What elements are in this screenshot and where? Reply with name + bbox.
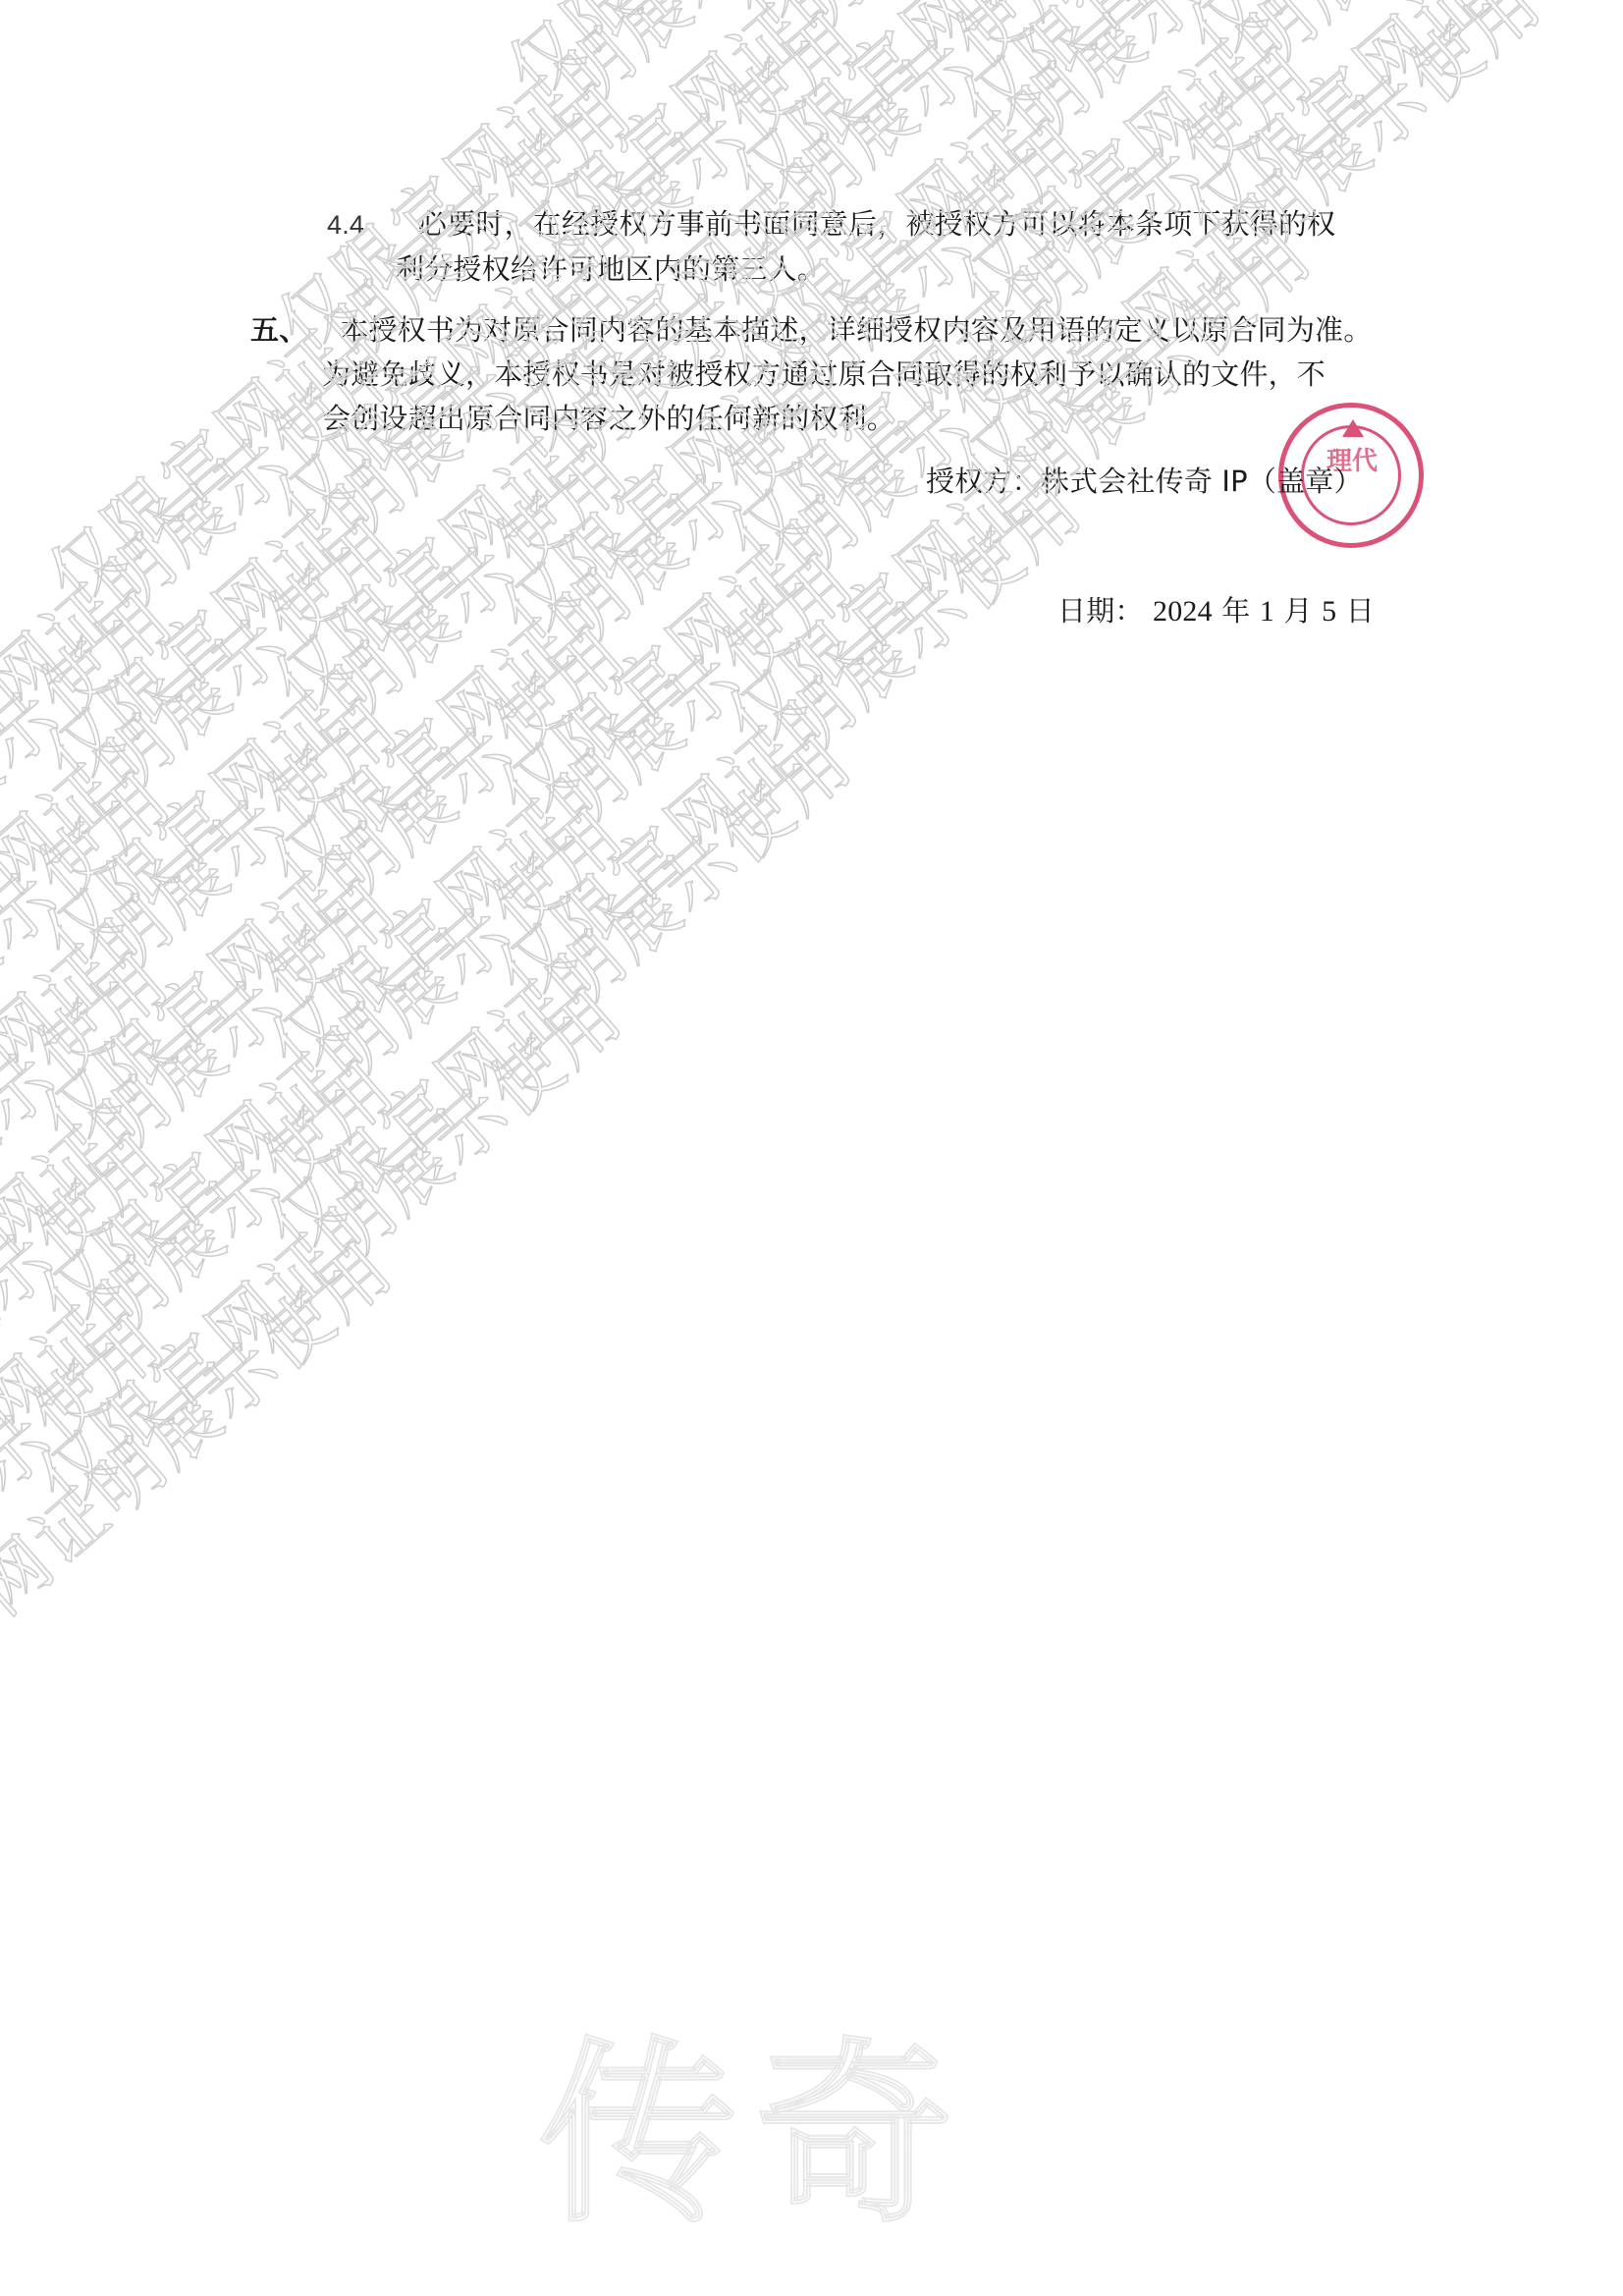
watermark-text: 仅限官网证明展示使用 — [243, 525, 874, 1092]
clause-number: 4.4 — [327, 210, 364, 240]
section-5-line-2: 为避免歧义，本授权书是对被授权方通过原合同取得的权利予以确认的文件，不 — [322, 355, 1325, 394]
watermark-text: 仅限官网证明展示使用 — [0, 1285, 185, 1852]
date-line: 日期： 2024 年 1 月 5 日 — [1057, 591, 1375, 631]
date-label: 日期： — [1057, 594, 1144, 628]
watermark-text: 仅限官网证明展示使用 — [0, 924, 189, 1491]
watermark-text: 仅限官网证明展示使用 — [242, 706, 872, 1273]
watermark-text: 仅限官网证明展示使用 — [931, 0, 1561, 513]
watermark-text: 仅限官网证明展示使用 — [0, 309, 422, 876]
document-page: 4.4 必要时，在经授权方事前书面同意后，被授权方可以将本条项下获得的权 利分授… — [0, 0, 1623, 2296]
watermark-text: 仅限官网证明展示使用 — [709, 0, 1339, 43]
signatory-label: 授权方： — [926, 465, 1041, 498]
watermark-text: 仅限官网证明展示使用 — [0, 490, 420, 1057]
watermark-text: 仅限官网证明展示使用 — [0, 1032, 414, 1599]
date-year: 2024 — [1153, 595, 1213, 628]
watermark-text: 仅限官网证明展示使用 — [933, 0, 1563, 332]
legend-logo-mark: 传奇 — [540, 2023, 982, 2249]
section-text: 会创设超出原合同内容之外的任何新的权利。 — [322, 402, 895, 435]
watermark-text: 仅限官网证明展示使用 — [1163, 0, 1623, 79]
watermark-text: 仅限官网证明展示使用 — [0, 563, 192, 1129]
date-year-unit: 年 — [1221, 594, 1250, 628]
watermark-text: 仅限官网证明展示使用 — [471, 453, 1102, 1019]
signatory-company: 株式会社传奇 IP — [1041, 465, 1248, 498]
watermark-text: 仅限官网证明展示使用 — [1390, 0, 1623, 6]
watermark-text: 仅限官网证明展示使用 — [18, 417, 648, 984]
clause-4-4-line-2: 利分授权给许可地区内的第三人。 — [396, 249, 826, 289]
watermark-text: 仅限官网证明展示使用 — [0, 1213, 412, 1779]
date-month: 1 — [1260, 595, 1274, 628]
watermark-text: 仅限官网证明展示使用 — [0, 671, 418, 1237]
watermark-text: 仅限官网证明展示使用 — [707, 0, 1337, 224]
section-text: 为避免歧义，本授权书是对被授权方通过原合同取得的权利予以确认的文件，不 — [322, 357, 1325, 391]
watermark-text: 仅限官网证明展示使用 — [0, 743, 190, 1310]
seal-note: （盖章） — [1248, 465, 1363, 498]
date-day-unit: 日 — [1346, 594, 1375, 628]
watermark-text: 仅限官网证明展示使用 — [16, 598, 646, 1165]
section-5-line-3: 会创设超出原合同内容之外的任何新的权利。 — [322, 399, 895, 438]
watermark-text: 仅限官网证明展示使用 — [481, 0, 1111, 116]
watermark-text: 仅限官网证明展示使用 — [0, 1105, 187, 1671]
star-icon — [1342, 419, 1364, 437]
date-day: 5 — [1322, 595, 1336, 628]
watermark-text: 仅限官网证明展示使用 — [935, 0, 1565, 151]
section-5-line-1: 五、 本授权书为对原合同内容的基本描述，详细授权内容及用语的定义以原合同为准。 — [250, 310, 1372, 350]
section-number: 五、 — [250, 313, 307, 347]
section-text: 本授权书为对原合同内容的基本描述，详细授权内容及用语的定义以原合同为准。 — [340, 313, 1372, 347]
watermark-text: 仅限官网证明展示使用 — [14, 779, 644, 1345]
clause-4-4-line-1: 4.4 必要时，在经授权方事前书面同意后，被授权方可以将本条项下获得的权 — [327, 204, 1335, 245]
signatory-line: 授权方：株式会社传奇 IP（盖章） — [926, 462, 1363, 501]
clause-text: 必要时，在经授权方事前书面同意后，被授权方可以将本条项下获得的权 — [418, 207, 1335, 241]
date-month-unit: 月 — [1284, 594, 1313, 628]
watermark-text: 仅限官网证明展示使用 — [12, 959, 642, 1526]
watermark-text: 仅限官网证明展示使用 — [0, 851, 416, 1418]
clause-text: 利分授权给许可地区内的第三人。 — [396, 252, 826, 286]
